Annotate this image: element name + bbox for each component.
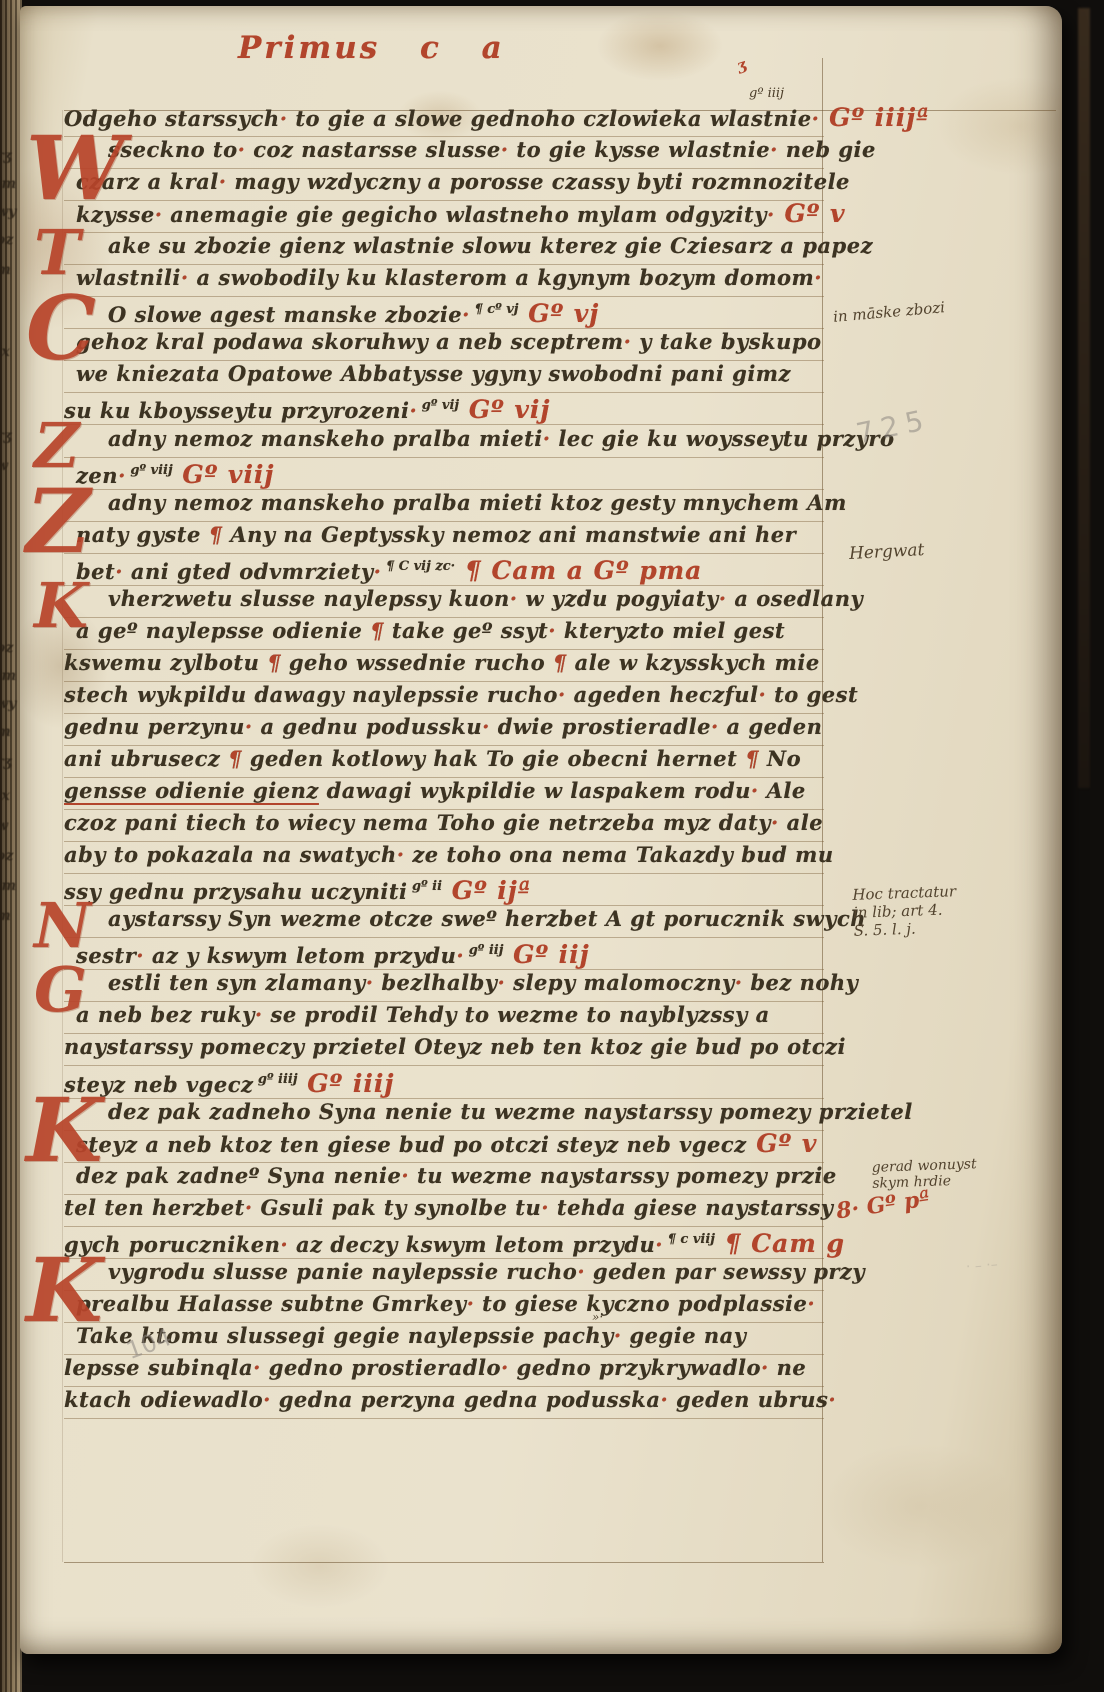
punctus-red: · (735, 970, 743, 995)
punctus-red: · (456, 943, 464, 968)
punctus-red: · (814, 265, 822, 290)
text-line: ssy gednu przysahu uczyniti gº ii Gº ijª (64, 872, 531, 907)
punctus-red: · (467, 1291, 475, 1316)
text-line: gednu perzynu· a gednu podussku· dwie pr… (64, 712, 822, 742)
text-line: vygrodu slusse panie naylepssie rucho· g… (108, 1257, 865, 1287)
text-line: adny nemoz manskeho pralba mieti· lec gi… (108, 424, 895, 454)
quire-mark-black: gº iiij (749, 86, 784, 101)
body-text: lepsse subinqla· gedno prostieradlo· ged… (64, 1355, 806, 1380)
bleed-through-fragment: w (0, 818, 28, 834)
text-line: kzysse· anemagie gie gegicho wlastneho m… (76, 199, 846, 230)
body-text: ¶ C vij zc· (381, 559, 455, 574)
rubric-text: Gº ijª (442, 876, 531, 905)
body-text: aby to pokazala na swatych· ze toho ona … (64, 842, 834, 867)
text-line: estli ten syn zlamany· bezlhalby· slepy … (108, 968, 858, 998)
illuminated-initial: C (26, 289, 96, 368)
punctus-red: · (238, 137, 246, 162)
punctus-red: · (541, 1195, 549, 1220)
punctus-red: · (245, 714, 253, 739)
body-text: prealbu Halasse subtne Gmrkey· to giese … (76, 1291, 815, 1316)
punctus-red: · (280, 1232, 288, 1257)
text-line: Odgeho starssych· to gie a slowe gednoho… (64, 103, 929, 134)
rubric-text: Gº vij (459, 395, 550, 424)
punctus-red: · (501, 1355, 509, 1380)
text-line: steyz neb vgecz gº iiij Gº iiij (64, 1065, 394, 1100)
bleed-through-fragment: im (0, 878, 28, 894)
body-text: O slowe agest manske zbozie· (108, 302, 470, 327)
text-line: ake su zbozie gienz wlastnie slowu ktere… (108, 231, 873, 261)
bleed-through-fragment: rʒ (0, 428, 28, 444)
text-line: stech wykpildu dawagy naylepssie rucho· … (64, 680, 858, 710)
punctus-red: · (181, 265, 189, 290)
punctus-red: ¶ (553, 650, 567, 675)
body-text: ktach odiewadlo· gedna perzyna gedna pod… (64, 1387, 836, 1412)
punctus-red: · (770, 137, 778, 162)
punctus-red: · (767, 202, 775, 227)
punctus-red: ¶ (745, 746, 759, 771)
bleed-through-fragment: m (0, 724, 28, 740)
punctus-red: · (828, 1387, 836, 1412)
bleed-through-fragment: m (0, 908, 28, 924)
punctus-red: · (543, 426, 551, 451)
body-text: naystarssy pomeczy przietel Oteyz neb te… (64, 1034, 846, 1059)
body-text: aystarssy Syn wezme otcze sweº herzbet A… (108, 906, 866, 931)
body-text: gº ii (408, 879, 443, 894)
bleed-through-fragment: m (0, 262, 28, 278)
text-line: dez pak zadneho Syna nenie tu wezme nays… (108, 1097, 913, 1127)
text-line: naystarssy pomeczy przietel Oteyz neb te… (64, 1032, 846, 1062)
punctus-red: · (136, 943, 144, 968)
bleed-through-fragment: im (0, 176, 28, 192)
body-text: bet· ani gted odvmrziety· (76, 559, 381, 584)
body-text: estli ten syn zlamany· bezlhalby· slepy … (108, 970, 858, 995)
punctus-red: · (614, 1323, 622, 1348)
body-text: gº vij (417, 398, 459, 413)
rubric-text: ¶ Cam a Gº pma (455, 556, 702, 585)
punctus-red: · (263, 1387, 271, 1412)
body-text: dawagi wykpildie w laspakem rodu· Ale (319, 778, 806, 803)
punctus-red: · (758, 682, 766, 707)
bleed-through-fragment: wy (0, 696, 28, 712)
rubric-text: Gº iiijª (819, 103, 929, 132)
note-hergwat: Hergwat (849, 540, 925, 564)
text-line: we kniezata Opatowe Abbatysse ygyny swob… (76, 359, 791, 389)
bleed-through-fragment: w (0, 458, 28, 474)
body-text: czarz a kral· magy wzdyczny a porosse cz… (76, 169, 850, 194)
text-line: zen· gº viij Gº viij (76, 456, 274, 491)
book-spine-edge (1078, 8, 1090, 788)
body-text: sestr· az y kswym letom przydu· (76, 943, 464, 968)
body-text: Odgeho starssych· to gie a slowe gednoho… (64, 106, 819, 131)
body-text: gº iij (464, 943, 503, 958)
illuminated-initial: K (26, 1251, 102, 1330)
ink-mark: »· (592, 1310, 603, 1324)
text-line: czoz pani tiech to wiecy nema Toho gie n… (64, 808, 823, 838)
punctus-red: ¶ (209, 522, 223, 547)
body-text: steyz a neb ktoz ten giese bud po otczi … (76, 1132, 747, 1157)
rubric-text: Gº vj (519, 299, 600, 328)
bleed-through-fragment: rʒ (0, 754, 28, 770)
punctus-red: · (751, 778, 759, 803)
body-text: vygrodu slusse panie naylepssie rucho· g… (108, 1259, 865, 1284)
text-line: sseckno to· coz nastarsse slusse· to gie… (108, 135, 876, 165)
text-line: aystarssy Syn wezme otcze sweº herzbet A… (108, 904, 866, 934)
illuminated-initial: Z (34, 418, 79, 474)
body-text: sseckno to· coz nastarsse slusse· to gie… (108, 137, 876, 162)
text-line: vherzwetu slusse naylepssy kuon· w yzdu … (108, 584, 863, 614)
punctus-red: · (771, 810, 779, 835)
punctus-red: · (118, 463, 126, 488)
bleed-through-fragment: wy (0, 204, 28, 220)
text-line: a neb bez ruky· se prodil Tehdy to wezme… (76, 1000, 770, 1030)
rubric-text: Gº viij (173, 460, 275, 489)
body-text: dez pak zadneho Syna nenie tu wezme nays… (108, 1099, 913, 1124)
rubric-text: Gº v (775, 199, 846, 228)
frame-line-bottom (64, 1562, 824, 1563)
punctus-red: · (253, 1355, 261, 1380)
punctus-red: · (577, 1259, 585, 1284)
body-text: czoz pani tiech to wiecy nema Toho gie n… (64, 810, 823, 835)
punctus-red: · (719, 586, 727, 611)
text-line: aby to pokazala na swatych· ze toho ona … (64, 840, 834, 870)
note-hoc-tractatur: Hoc tractatur in lib; art 4. S. 5. l. j. (852, 882, 957, 940)
body-text: gº iiij (253, 1072, 297, 1087)
rubric-text: ¶ Cam g (715, 1229, 845, 1258)
body-text: tel ten herzbet· Gsuli pak ty synolbe tu… (64, 1195, 833, 1220)
pencil-marks-faint: · – ·– (965, 1257, 998, 1276)
punctus-red: · (558, 682, 566, 707)
text-line: a geº naylepsse odienie ¶ take geº ssyt·… (76, 616, 785, 646)
punctus-red: · (115, 559, 123, 584)
body-text: ake su zbozie gienz wlastnie slowu ktere… (108, 233, 873, 258)
text-line: Take ktomu slussegi gegie naylepssie pac… (76, 1321, 746, 1351)
punctus-red: · (501, 137, 509, 162)
punctus-red: · (711, 714, 719, 739)
punctus-red: · (155, 202, 163, 227)
text-line: adny nemoz manskeho pralba mieti ktoz ge… (108, 488, 847, 518)
body-text: gehoz kral podawa skoruhwy a neb sceptre… (76, 329, 822, 354)
bleed-through-fragment: oz (0, 848, 28, 864)
body-text: a geº naylepsse odienie ¶ take geº ssyt·… (76, 618, 785, 643)
bleed-through-fragment: oz (0, 232, 28, 248)
book-fore-edge (0, 0, 22, 1692)
text-line: prealbu Halasse subtne Gmrkey· to giese … (76, 1289, 815, 1319)
body-text: gº viij (126, 463, 173, 478)
text-line: dez pak zadneº Syna nenie· tu wezme nays… (76, 1161, 837, 1191)
body-text: adny nemoz manskeho pralba mieti· lec gi… (108, 426, 895, 451)
punctus-red: · (397, 842, 405, 867)
manuscript-scan-background: Primus c a Odgeho starssych· to gie a sl… (0, 0, 1104, 1692)
body-text: stech wykpildu dawagy naylepssie rucho· … (64, 682, 858, 707)
body-text: kzysse· anemagie gie gegicho wlastneho m… (76, 202, 775, 227)
punctus-red: · (482, 714, 490, 739)
body-text: ¶ c viij (663, 1232, 715, 1247)
punctus-red: ¶ (267, 650, 281, 675)
body-text: naty gyste ¶ Any na Geptyssky nemoz ani … (76, 522, 796, 547)
bleed-through-fragment: im (0, 668, 28, 684)
punctus-red: ¶ (228, 746, 242, 771)
body-text: gych poruczniken· az deczy kswym letom p… (64, 1232, 663, 1257)
text-line: kswemu zylbotu ¶ geho wssednie rucho ¶ a… (64, 648, 820, 678)
text-line: gych poruczniken· az deczy kswym letom p… (64, 1225, 845, 1260)
text-line: O slowe agest manske zbozie· ¶ cº vj Gº … (108, 295, 599, 330)
punctus-red: · (510, 586, 518, 611)
ruling-line (64, 1418, 824, 1419)
body-text: gednu perzynu· a gednu podussku· dwie pr… (64, 714, 822, 739)
illuminated-initial: K (34, 578, 88, 634)
text-line: su ku kboysseytu przyrozeni· gº vij Gº v… (64, 391, 550, 426)
punctus-red: · (401, 1163, 409, 1188)
bleed-through-fragment: oz (0, 640, 28, 656)
illuminated-initial: G (34, 962, 87, 1018)
bleed-through-fragment: ix (0, 788, 28, 804)
body-text: su ku kboysseytu przyrozeni· (64, 398, 417, 423)
punctus-red: · (255, 1002, 263, 1027)
body-text: ssy gednu przysahu uczyniti (64, 879, 408, 904)
text-line: ktach odiewadlo· gedna perzyna gedna pod… (64, 1385, 836, 1415)
text-line: bet· ani gted odvmrziety· ¶ C vij zc· ¶ … (76, 552, 702, 587)
body-text: wlastnili· a swobodily ku klasterom a kg… (76, 265, 822, 290)
running-title: Primus c a (238, 30, 505, 66)
punctus-red: · (624, 329, 632, 354)
body-text: gensse odienie gienz (64, 778, 319, 803)
text-line: gensse odienie gienz dawagi wykpildie w … (64, 776, 806, 806)
punctus-red: · (366, 970, 374, 995)
illuminated-initial: W (26, 129, 125, 208)
body-text: dez pak zadneº Syna nenie· tu wezme nays… (76, 1163, 837, 1188)
body-text: adny nemoz manskeho pralba mieti ktoz ge… (108, 490, 847, 515)
text-line: naty gyste ¶ Any na Geptyssky nemoz ani … (76, 520, 796, 550)
body-text: ani ubrusecz ¶ geden kotlowy hak To gie … (64, 746, 801, 771)
punctus-red: · (245, 1195, 253, 1220)
text-line: gehoz kral podawa skoruhwy a neb sceptre… (76, 327, 822, 357)
illuminated-initial: K (26, 1091, 102, 1170)
illuminated-initial: T (34, 225, 80, 281)
punctus-red: · (498, 970, 506, 995)
punctus-red: · (219, 169, 227, 194)
text-line: ani ubrusecz ¶ geden kotlowy hak To gie … (64, 744, 801, 774)
rubric-text: Gº iiij (298, 1069, 395, 1098)
body-text: a neb bez ruky· se prodil Tehdy to wezme… (76, 1002, 770, 1027)
body-text: we kniezata Opatowe Abbatysse ygyny swob… (76, 361, 791, 386)
illuminated-initial: N (34, 898, 91, 954)
illuminated-initial: Z (26, 482, 90, 561)
text-line: wlastnili· a swobodily ku klasterom a kg… (76, 263, 822, 293)
punctus-red: · (807, 1291, 815, 1316)
body-text: ¶ cº vj (470, 302, 519, 317)
punctus-red: · (660, 1387, 668, 1412)
punctus-red: ¶ (370, 618, 384, 643)
text-line: czarz a kral· magy wzdyczny a porosse cz… (76, 167, 850, 197)
punctus-red: · (761, 1355, 769, 1380)
punctus-red: · (280, 106, 288, 131)
text-line: steyz a neb ktoz ten giese bud po otczi … (76, 1129, 817, 1160)
rubric-text: Gº iij (503, 940, 589, 969)
text-line: tel ten herzbet· Gsuli pak ty synolbe tu… (64, 1193, 833, 1223)
punctus-red: · (655, 1232, 663, 1257)
bleed-through-fragment: ix (0, 344, 28, 360)
punctus-red: · (462, 302, 470, 327)
body-text: Take ktomu slussegi gegie naylepssie pac… (76, 1323, 746, 1348)
text-line: sestr· az y kswym letom przydu· gº iij G… (76, 936, 590, 971)
bleed-through-fragment: rʒ (0, 148, 28, 164)
rubric-text: Gº v (747, 1129, 818, 1158)
body-text: kswemu zylbotu ¶ geho wssednie rucho ¶ a… (64, 650, 820, 675)
text-line: lepsse subinqla· gedno prostieradlo· ged… (64, 1353, 806, 1383)
punctus-red: · (548, 618, 556, 643)
body-text: vherzwetu slusse naylepssy kuon· w yzdu … (108, 586, 863, 611)
